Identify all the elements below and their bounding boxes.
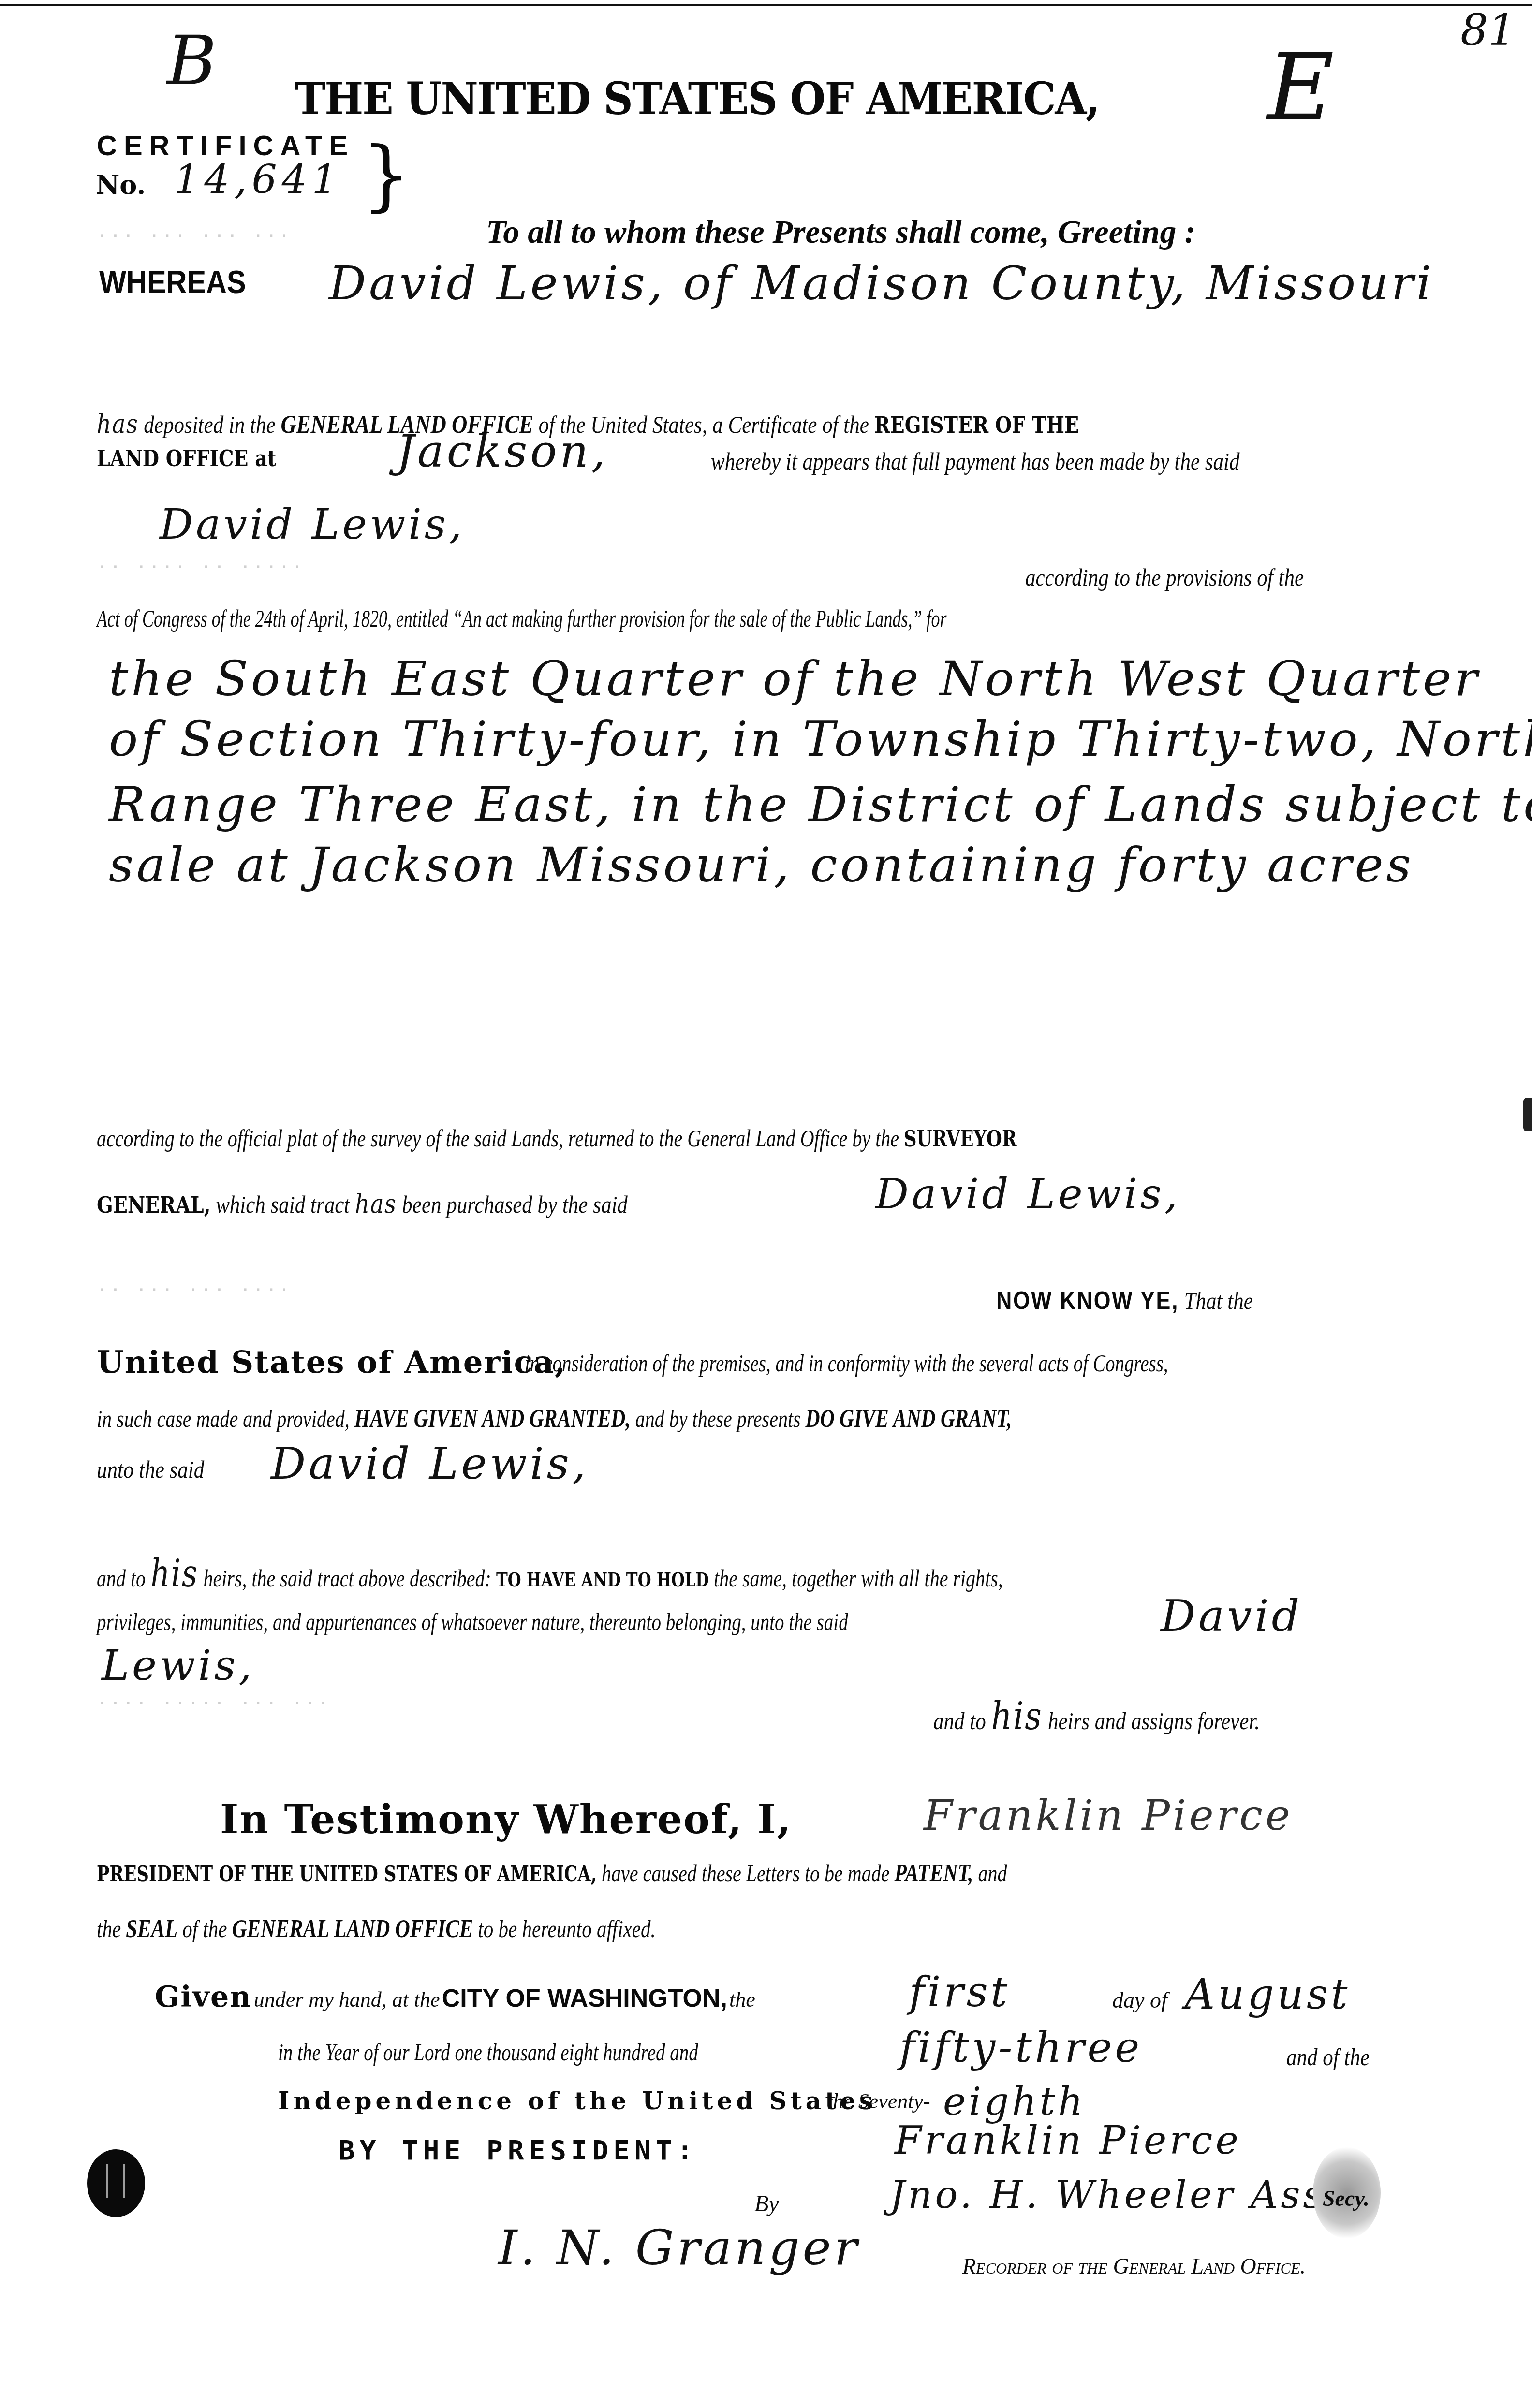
heirs-text-1: and to bbox=[97, 1565, 146, 1592]
day-of-text: day of bbox=[1112, 1987, 1167, 2013]
general-text-1: which said tract bbox=[216, 1191, 350, 1218]
have-given-caps: HAVE GIVEN AND GRANTED, bbox=[354, 1405, 631, 1433]
land-description-line: Range Three East, in the District of Lan… bbox=[109, 776, 1532, 833]
purchaser-name-2: David Lewis, bbox=[875, 1170, 1180, 1219]
has-handwritten: has bbox=[355, 1189, 397, 1219]
greeting-line: To all to whom these Presents shall come… bbox=[486, 213, 1195, 251]
heirs-text-3: the same, together with all the rights, bbox=[714, 1565, 1003, 1592]
page-number: 81 bbox=[1460, 5, 1516, 56]
granted-text-1: in such case made and provided, bbox=[97, 1405, 350, 1432]
given-line: Given under my hand, at the CITY OF WASH… bbox=[155, 1980, 755, 2014]
granted-text-2: and by these presents bbox=[635, 1405, 801, 1432]
faded-print-text: ·· ··· ··· ···· bbox=[97, 1279, 292, 1300]
certificate-no-label: No. bbox=[96, 169, 146, 200]
privileges-name-first: David bbox=[1161, 1591, 1302, 1642]
usa-gothic: United States of America, bbox=[97, 1344, 566, 1380]
general-line: GENERAL, which said tract has been purch… bbox=[97, 1189, 628, 1219]
president-line: PRESIDENT OF THE UNITED STATES OF AMERIC… bbox=[97, 1859, 1007, 1888]
document-heading: THE UNITED STATES OF AMERICA, bbox=[295, 73, 1099, 125]
plat-line: according to the official plat of the su… bbox=[97, 1124, 1016, 1152]
seal-text-3: to be hereunto affixed. bbox=[478, 1915, 655, 1942]
given-gothic: Given bbox=[155, 1980, 252, 2014]
recorder-title: Recorder of the General Land Office. bbox=[962, 2253, 1306, 2279]
act-of-congress-line: Act of Congress of the 24th of April, 18… bbox=[97, 604, 947, 632]
secretary-by-label: By bbox=[754, 2190, 779, 2217]
heirs-text-2: heirs, the said tract above described: bbox=[204, 1565, 491, 1592]
recorder-signature: I. N. Granger bbox=[498, 2219, 860, 2276]
corner-mark-left: B bbox=[167, 22, 220, 101]
deposited-prefix: has bbox=[97, 409, 139, 439]
provisions-line: according to the provisions of the bbox=[1025, 563, 1304, 591]
purchaser-name: David Lewis, bbox=[160, 500, 465, 549]
grantee-intro: David Lewis, of Madison County, Missouri bbox=[329, 256, 1434, 310]
patent-caps: PATENT, bbox=[894, 1860, 973, 1887]
do-give-caps: DO GIVE AND GRANT, bbox=[806, 1405, 1012, 1433]
usa-line-text: in consideration of the premises, and in… bbox=[525, 1349, 1168, 1377]
now-know-ye-caps: NOW KNOW YE, bbox=[996, 1287, 1179, 1315]
given-day: first bbox=[909, 1968, 1010, 2016]
corner-mark-right: E bbox=[1267, 34, 1337, 141]
testimony-gothic: In Testimony Whereof, I, bbox=[220, 1796, 792, 1843]
assigns-text-2: heirs and assigns forever. bbox=[1048, 1707, 1260, 1734]
secretary-title: Secy. bbox=[1323, 2186, 1370, 2211]
now-know-ye-text: That the bbox=[1184, 1287, 1253, 1314]
payment-line: whereby it appears that full payment has… bbox=[711, 447, 1240, 475]
land-description-line: the South East Quarter of the North West… bbox=[109, 650, 1480, 707]
assigns-pronoun: his bbox=[991, 1695, 1043, 1738]
seal-line: the SEAL of the GENERAL LAND OFFICE to b… bbox=[97, 1915, 656, 1943]
by-the-president-label: BY THE PRESIDENT: bbox=[339, 2135, 698, 2166]
independence-text: the Seventy- bbox=[827, 2089, 930, 2114]
seal-text-1: the bbox=[97, 1915, 121, 1942]
land-office-caps: LAND OFFICE at bbox=[97, 445, 276, 471]
president-signature: Franklin Pierce bbox=[895, 2118, 1241, 2163]
now-know-ye-line: NOW KNOW YE, That the bbox=[996, 1286, 1253, 1315]
surveyor-caps: SURVEYOR bbox=[904, 1126, 1016, 1152]
faded-print-text: ···· ····· ··· ··· bbox=[97, 1692, 331, 1714]
independence-gothic: Independence of the United States bbox=[278, 2086, 877, 2115]
land-office-location: Jackson, bbox=[397, 426, 608, 477]
city-of-washington-caps: CITY OF WASHINGTON, bbox=[442, 1984, 727, 2012]
given-year: fifty-three bbox=[899, 2024, 1142, 2072]
certificate-brace: } bbox=[362, 130, 411, 220]
faded-print-text: ··· ··· ··· ··· bbox=[97, 225, 292, 246]
president-caps: PRESIDENT OF THE UNITED STATES OF AMERIC… bbox=[97, 1862, 597, 1887]
land-office-line: LAND OFFICE at bbox=[97, 444, 276, 472]
land-description-line: sale at Jackson Missouri, containing for… bbox=[109, 837, 1414, 893]
and-of-the-text: and of the bbox=[1286, 2043, 1370, 2071]
secretary-signature: Jno. H. Wheeler Asst. bbox=[890, 2173, 1358, 2217]
general-caps: GENERAL, bbox=[97, 1192, 210, 1218]
given-text-2: the bbox=[729, 1988, 755, 2012]
assigns-line: and to his heirs and assigns forever. bbox=[933, 1695, 1260, 1738]
land-description-line: of Section Thirty-four, in Township Thir… bbox=[109, 711, 1532, 767]
deposited-text-1: deposited in the bbox=[144, 411, 275, 438]
president-text: have caused these Letters to be made bbox=[602, 1860, 889, 1887]
whereas-label: WHEREAS bbox=[99, 264, 246, 300]
privileges-line: privileges, immunities, and appurtenance… bbox=[97, 1608, 848, 1636]
given-month: August bbox=[1185, 1970, 1351, 2019]
scan-top-border bbox=[0, 4, 1532, 6]
unto-name: David Lewis, bbox=[271, 1439, 589, 1489]
granted-line: in such case made and provided, HAVE GIV… bbox=[97, 1405, 1012, 1433]
heirs-line: and to his heirs, the said tract above d… bbox=[97, 1552, 1003, 1596]
general-text-2: been purchased by the said bbox=[402, 1191, 628, 1218]
assigns-text-1: and to bbox=[933, 1707, 986, 1734]
scan-edge-mark bbox=[1523, 1098, 1532, 1131]
heirs-pronoun: his bbox=[150, 1552, 198, 1596]
seal-caps: SEAL bbox=[126, 1915, 177, 1943]
faded-print-text: ·· ···· ·· ····· bbox=[97, 556, 305, 577]
register-caps: REGISTER OF THE bbox=[874, 412, 1079, 438]
to-have-and-to-hold-caps: TO HAVE AND TO HOLD bbox=[496, 1569, 709, 1591]
unto-line-text: unto the said bbox=[97, 1455, 204, 1483]
testimony-president-name: Franklin Pierce bbox=[924, 1791, 1293, 1840]
year-line-text: in the Year of our Lord one thousand eig… bbox=[278, 2038, 698, 2066]
seal-text-2: of the bbox=[182, 1915, 227, 1942]
gen-land-office-caps: GENERAL LAND OFFICE bbox=[232, 1915, 473, 1943]
president-text-2: and bbox=[978, 1860, 1007, 1887]
given-text-1: under my hand, at the bbox=[254, 1988, 440, 2012]
plat-text: according to the official plat of the su… bbox=[97, 1125, 899, 1152]
embossed-seal-icon bbox=[87, 2149, 145, 2217]
name-last: Lewis, bbox=[102, 1642, 255, 1690]
certificate-number: 14,641 bbox=[174, 157, 342, 203]
